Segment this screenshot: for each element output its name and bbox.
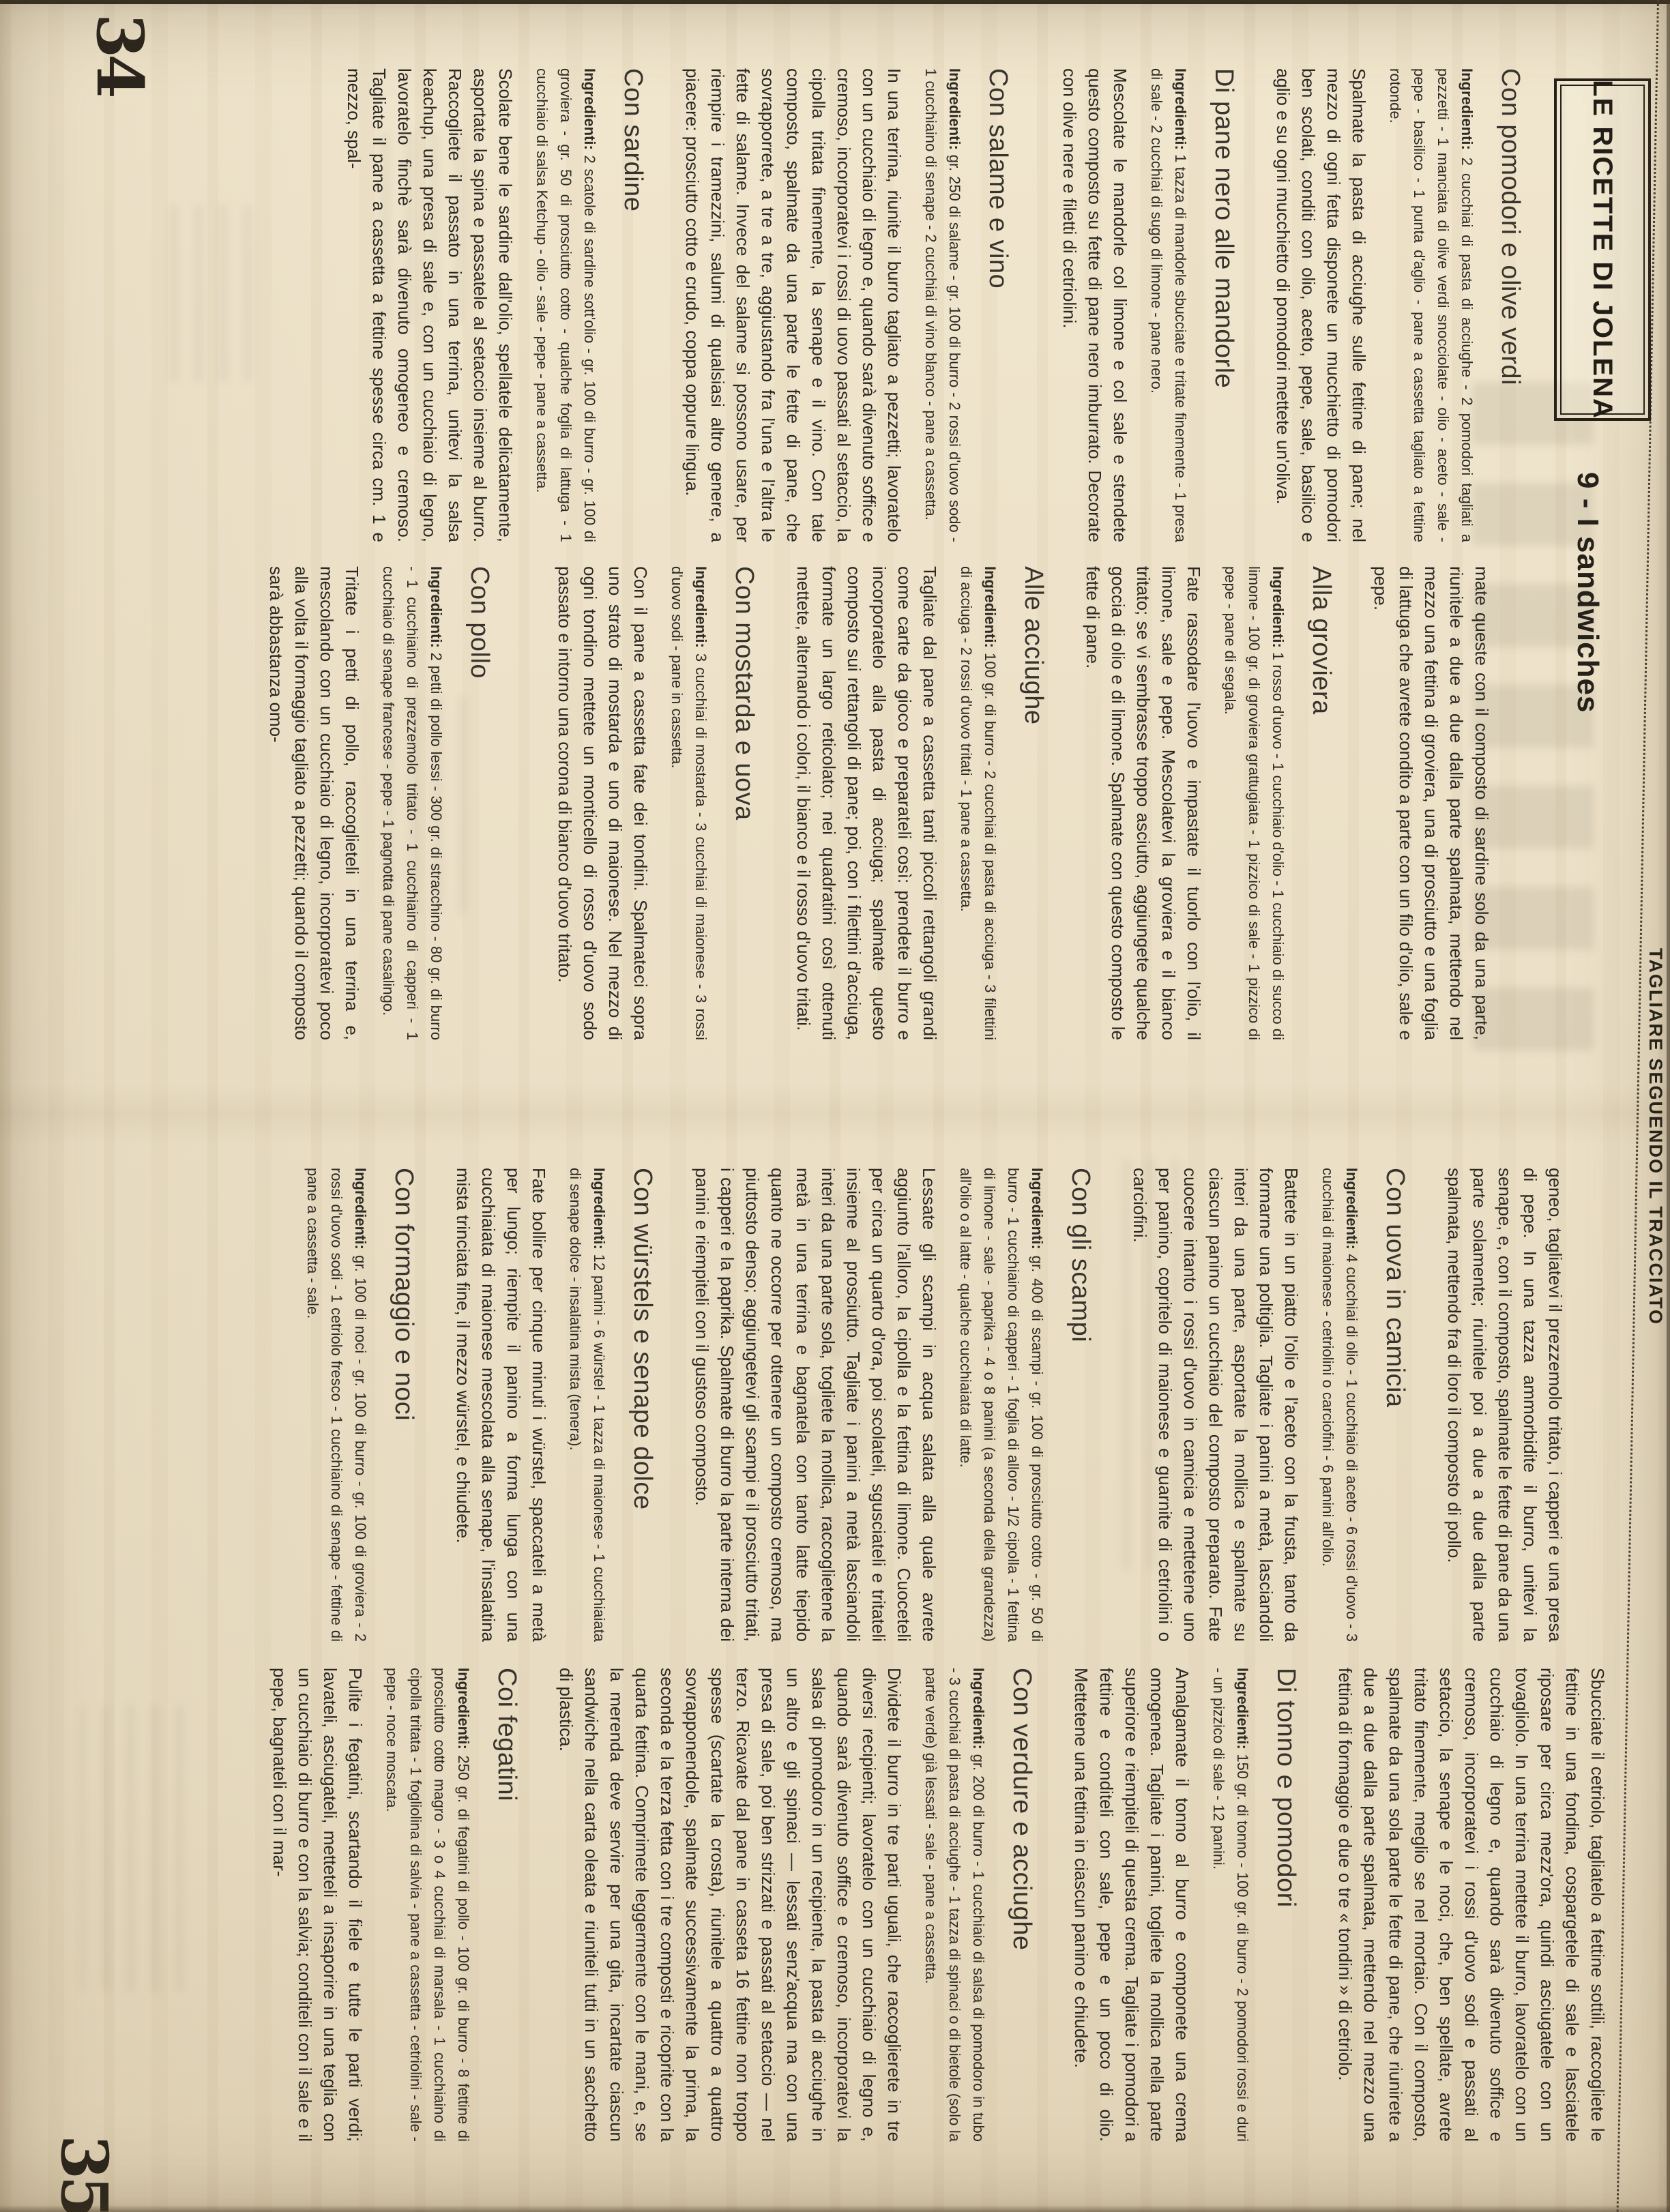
recipe-body-sardine: Scolate bene le sardine dall'olio, spell… xyxy=(341,68,518,542)
recipe-body-pollo: Tritate i petti di pollo, raccoglieteli … xyxy=(263,566,364,1040)
showthrough-ghost-text xyxy=(80,1705,183,1992)
column-1: Con pomodori e olive verdi Ingredienti: … xyxy=(341,68,1525,542)
recipe-title-verdure: Con verdure e acciughe xyxy=(1007,1668,1037,2142)
showthrough-ghost-text xyxy=(169,205,251,382)
recipe-title-scampi: Con gli scampi xyxy=(1066,1168,1096,1642)
recipe-ingredients-pomodori: Ingredienti: 2 cucchiai di pasta di acci… xyxy=(1383,68,1479,542)
scanned-magazine-page: TAGLIARE SEGUENDO IL TRACCIATO LE RICETT… xyxy=(0,0,1670,2212)
recipe-ingredients-panenero: Ingredienti: 1 tazza di mandorle sbuccia… xyxy=(1145,68,1192,542)
recipe-title-tonno: Di tonno e pomodori xyxy=(1271,1668,1301,2142)
column-4: Sbucciate il cetriolo, tagliatelo a fett… xyxy=(267,1668,1610,2142)
folio-left: 34 xyxy=(82,14,157,95)
ingredients-label: Ingredienti: xyxy=(352,1168,369,1250)
recipe-title-pomodori: Con pomodori e olive verdi xyxy=(1495,68,1525,542)
recipe-body-verdure: Dividete il burro in tre parti uguali, c… xyxy=(553,1668,907,2142)
page-edge-left xyxy=(0,0,1670,4)
recipe-body-mostarda: Con il pane a cassetta fate dei tondini.… xyxy=(552,566,653,1040)
ingredients-label: Ingredienti: xyxy=(1029,1168,1046,1250)
recipe-ingredients-wurstel: Ingredienti: 12 panini - 6 würstel - 1 t… xyxy=(563,1168,611,1642)
recipe-ingredients-formaggio: Ingredienti: gr. 100 di noci - gr. 100 d… xyxy=(301,1168,372,1642)
recipe-body-salame: In una terrina, riunite il burro tagliat… xyxy=(679,68,907,542)
issue-subtitle: 9 - I sandwiches xyxy=(1570,472,1605,713)
recipe-body-formaggio: Sbucciate il cetriolo, tagliatelo a fett… xyxy=(1332,1668,1610,2142)
ingredients-label: Ingredienti: xyxy=(455,1668,472,1750)
recipe-title-wurstel: Con würstels e senape dolce xyxy=(628,1168,658,1642)
recipe-spread: TAGLIARE SEGUENDO IL TRACCIATO LE RICETT… xyxy=(0,0,1670,2212)
ingredients-label: Ingredienti: xyxy=(1234,1668,1251,1750)
recipe-ingredients-groviera: Ingredienti: 1 rosso d'uovo - 1 cucchiai… xyxy=(1218,566,1290,1040)
recipe-ingredients-pollo: Ingredienti: 2 petti di pollo lessi - 30… xyxy=(377,566,448,1040)
recipe-ingredients-mostarda: Ingredienti: 3 cucchiai di mostarda - 3 … xyxy=(665,566,713,1040)
recipe-body-panenero: Mescolate le mandorle col limone e col s… xyxy=(1057,68,1132,542)
recipe-title-acciughe: Alle acciughe xyxy=(1019,566,1049,1040)
cut-instruction-label: TAGLIARE SEGUENDO IL TRACCIATO xyxy=(1645,948,1666,1325)
ingredients-label: Ingredienti: xyxy=(581,68,598,150)
masthead-title: LE RICETTE DI JOLENA xyxy=(1587,80,1618,419)
recipe-title-mostarda: Con mostarda e uova xyxy=(729,566,759,1040)
recipe-ingredients-salame: Ingredienti: gr. 250 di salame - gr. 100… xyxy=(919,68,967,542)
folio-right: 35 xyxy=(46,2135,121,2212)
masthead-inner-border: LE RICETTE DI JOLENA xyxy=(1560,85,1645,415)
page-gutter-shadow xyxy=(0,1083,1670,1145)
ingredients-label: Ingredienti: xyxy=(1270,566,1287,648)
recipe-ingredients-scampi: Ingredienti: gr. 400 di scampi - gr. 100… xyxy=(954,1168,1049,1642)
recipe-ingredients-tonno: Ingredienti: 150 gr. di tonno - 100 gr. … xyxy=(1207,1668,1255,2142)
recipe-title-camicia: Con uova in camicia xyxy=(1380,1168,1410,1642)
recipe-title-pollo: Con pollo xyxy=(465,566,495,1040)
recipe-ingredients-acciughe: Ingredienti: 100 gr. di burro - 2 cucchi… xyxy=(954,566,1002,1040)
ingredients-label: Ingredienti: xyxy=(1172,68,1189,150)
column-3: geneo, tagliatevi il prezzemolo tritato,… xyxy=(289,1168,1568,1642)
recipe-body-acciughe: Tagliate dal pane a cassetta tanti picco… xyxy=(791,566,942,1040)
recipe-title-sardine: Con sardine xyxy=(618,68,648,542)
recipe-body-sardine-continued: mate queste con il composto di sardine s… xyxy=(1368,566,1494,1040)
ingredients-label: Ingredienti: xyxy=(1459,68,1476,150)
column-2: mate queste con il composto di sardine s… xyxy=(263,566,1494,1040)
recipe-ingredients-fegatini: Ingredienti: 250 gr. di fegatini di poll… xyxy=(380,1668,475,2142)
page-edge-right xyxy=(0,2205,1670,2212)
ingredients-label: Ingredienti: xyxy=(591,1168,608,1250)
ingredients-label: Ingredienti: xyxy=(946,68,963,150)
recipe-body-pomodori: Spalmate la pasta di acciughe sulle fett… xyxy=(1270,68,1371,542)
recipe-ingredients-sardine: Ingredienti: 2 scatole di sardine sott'o… xyxy=(530,68,602,542)
recipe-body-pollo-continued: geneo, tagliatevi il prezzemolo tritato,… xyxy=(1441,1168,1568,1642)
recipe-title-formaggio: Con formaggio e noci xyxy=(389,1168,419,1642)
ingredients-label: Ingredienti: xyxy=(692,566,709,648)
recipe-title-fegatini: Coi fegatini xyxy=(492,1668,522,2142)
recipe-body-scampi: Lessate gli scampi in acqua salata alla … xyxy=(689,1168,941,1642)
recipe-title-groviera: Alla groviera xyxy=(1306,566,1336,1040)
recipe-ingredients-verdure: Ingredienti: gr. 200 di burro - 1 cucchi… xyxy=(919,1668,991,2142)
ingredients-label: Ingredienti: xyxy=(982,566,999,648)
ingredients-label: Ingredienti: xyxy=(1343,1168,1360,1250)
recipe-body-camicia: Battete in un piatto l'olio e l'aceto co… xyxy=(1127,1168,1304,1642)
recipe-title-panenero: Di pane nero alle mandorle xyxy=(1209,68,1239,542)
masthead-box: LE RICETTE DI JOLENA xyxy=(1554,78,1651,421)
recipe-body-wurstel: Fate bollire per cinque minuti i würstel… xyxy=(450,1168,551,1642)
recipe-title-salame: Con salame e vino xyxy=(983,68,1013,542)
recipe-ingredients-camicia: Ingredienti: 4 cucchiai di olio - 1 cucc… xyxy=(1316,1168,1364,1642)
recipe-body-fegatini: Pulite i fegatini, scartando il fiele e … xyxy=(267,1668,368,2142)
ingredients-label: Ingredienti: xyxy=(970,1668,987,1750)
recipe-body-groviera: Fate rassodare l'uovo e impastate il tuo… xyxy=(1080,566,1206,1040)
recipe-body-tonno: Amalgamate il tonno al burro e componete… xyxy=(1068,1668,1195,2142)
ingredients-label: Ingredienti: xyxy=(428,566,445,648)
